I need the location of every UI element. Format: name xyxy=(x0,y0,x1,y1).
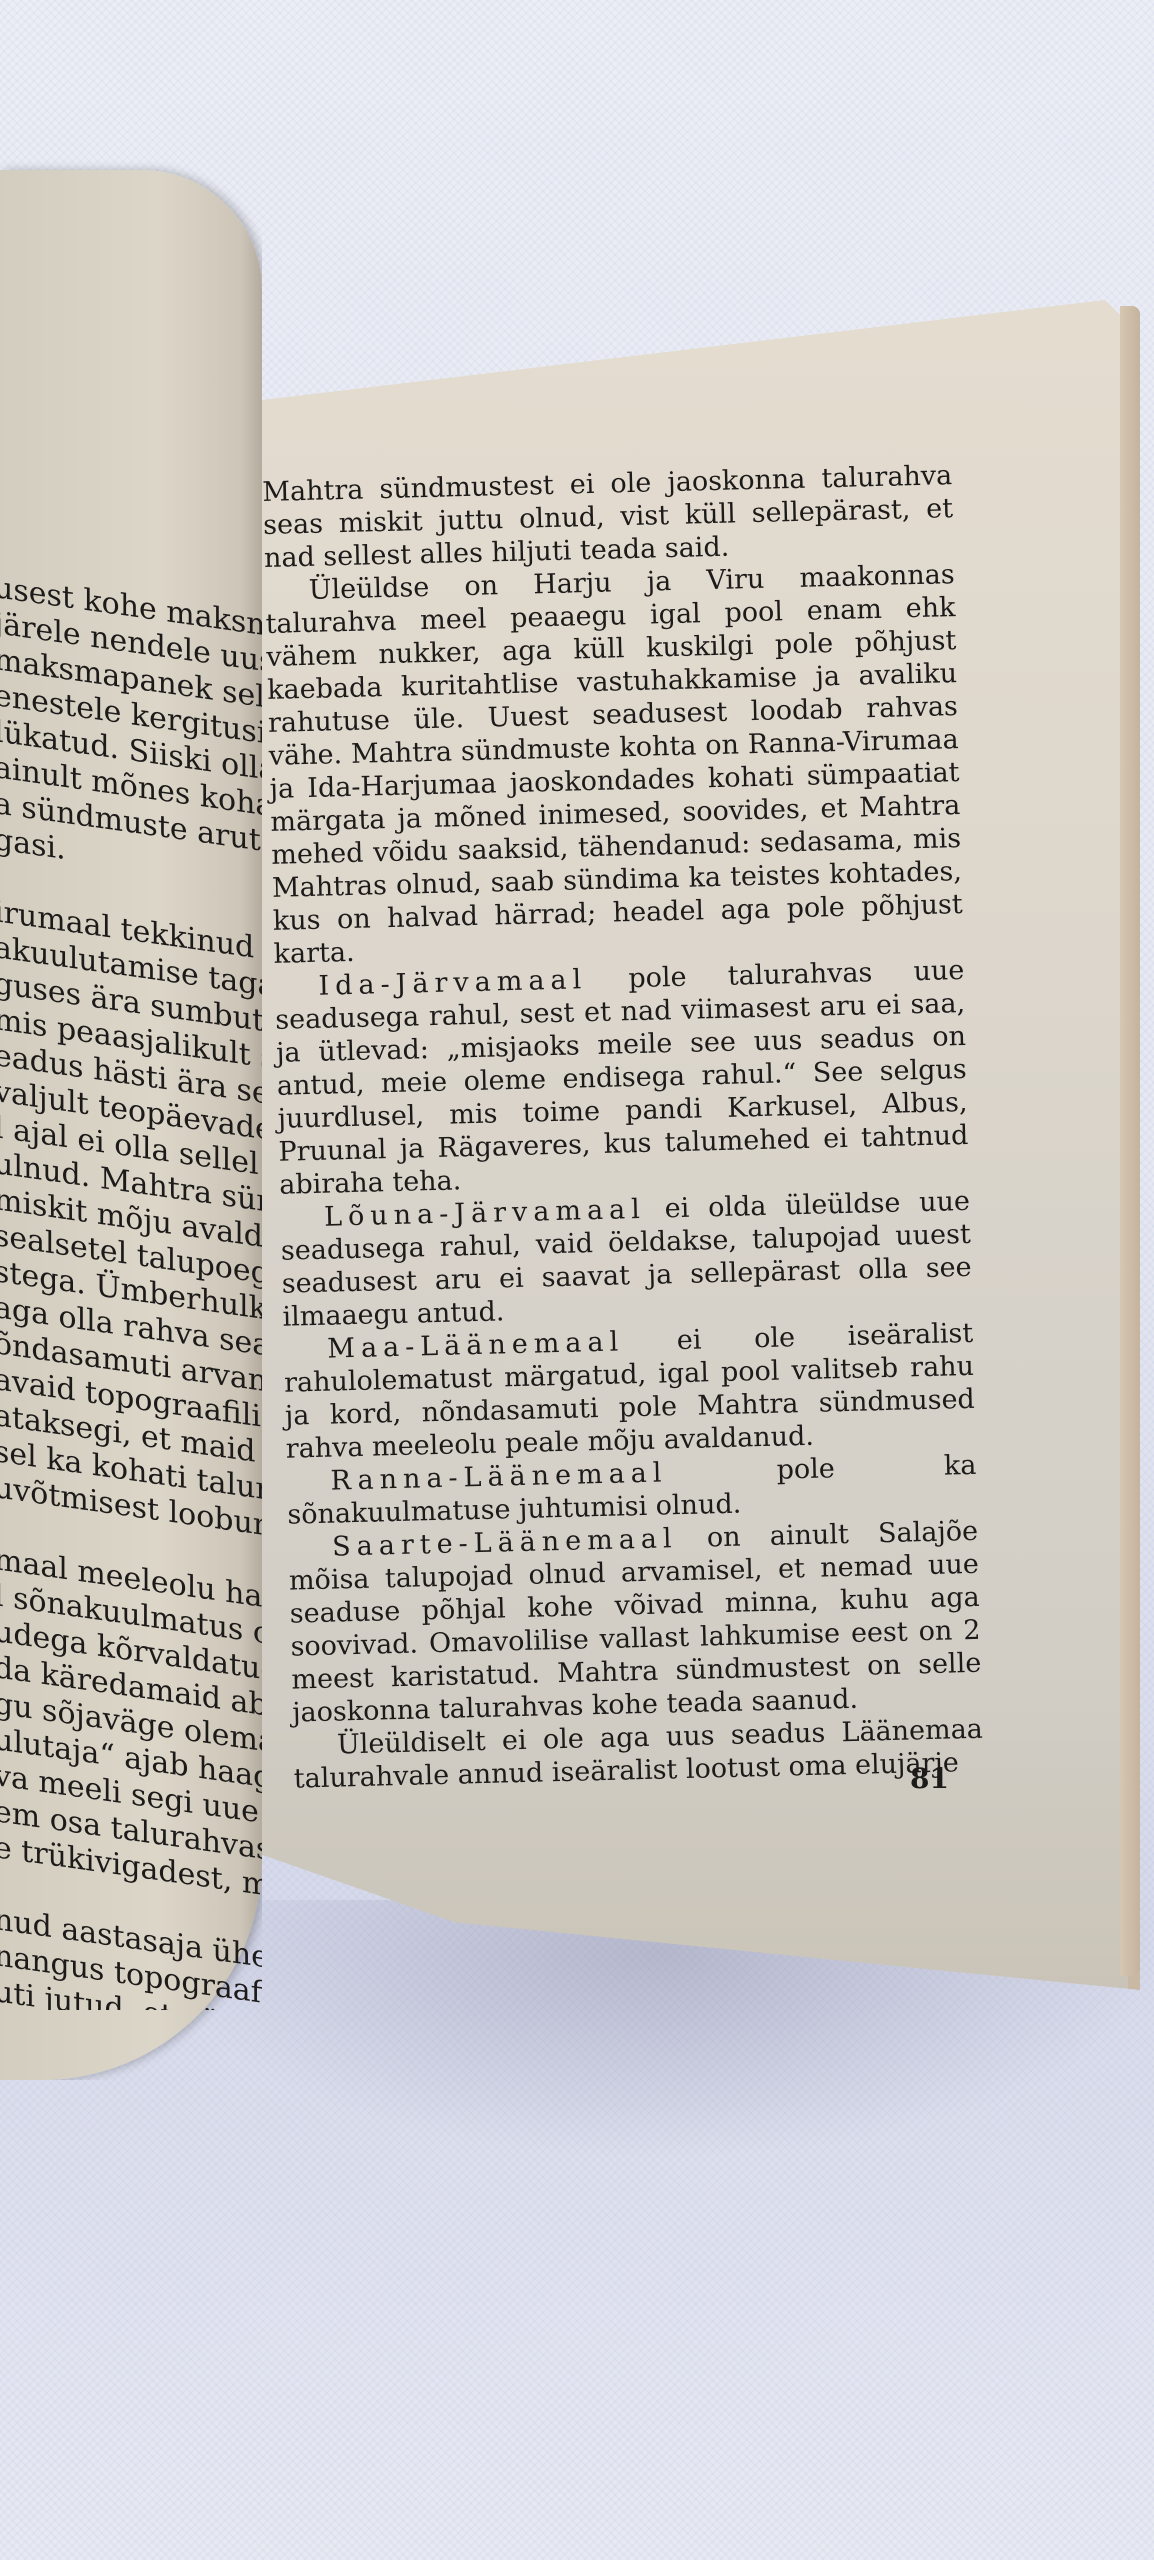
paragraph: Ida-Järvamaal pole talurahvas uue seadus… xyxy=(274,954,969,1202)
paragraph: Saarte-Läänemaal on ainult Salajõe mõisa… xyxy=(288,1515,983,1730)
right-page-text: Mahtra sündmustest ei ole jaoskonna talu… xyxy=(262,459,984,1795)
left-page: usest kohe maksma hakkjärele nendele uus… xyxy=(0,170,262,2080)
paragraph: Maa-Läänemaal ei ole iseäralist rahulole… xyxy=(283,1317,976,1466)
place-name: Maa-Läänemaal xyxy=(327,1326,625,1364)
paragraph: Üleüldse on Harju ja Viru maakonnas talu… xyxy=(264,558,963,971)
place-name: Lõuna-Järvamaal xyxy=(324,1194,646,1233)
left-page-text: usest kohe maksma hakkjärele nendele uus… xyxy=(0,570,262,2010)
paragraph: Mahtra sündmustest ei ole jaoskonna talu… xyxy=(262,459,954,575)
page-number: 81 xyxy=(910,1762,949,1795)
page-edges xyxy=(1120,306,1140,1976)
paragraph: Lõuna-Järvamaal ei olda üleüldse uue sea… xyxy=(280,1185,973,1334)
left-page-container: usest kohe maksma hakkjärele nendele uus… xyxy=(0,0,262,2080)
place-name: Ida-Järvamaal xyxy=(318,964,587,1002)
